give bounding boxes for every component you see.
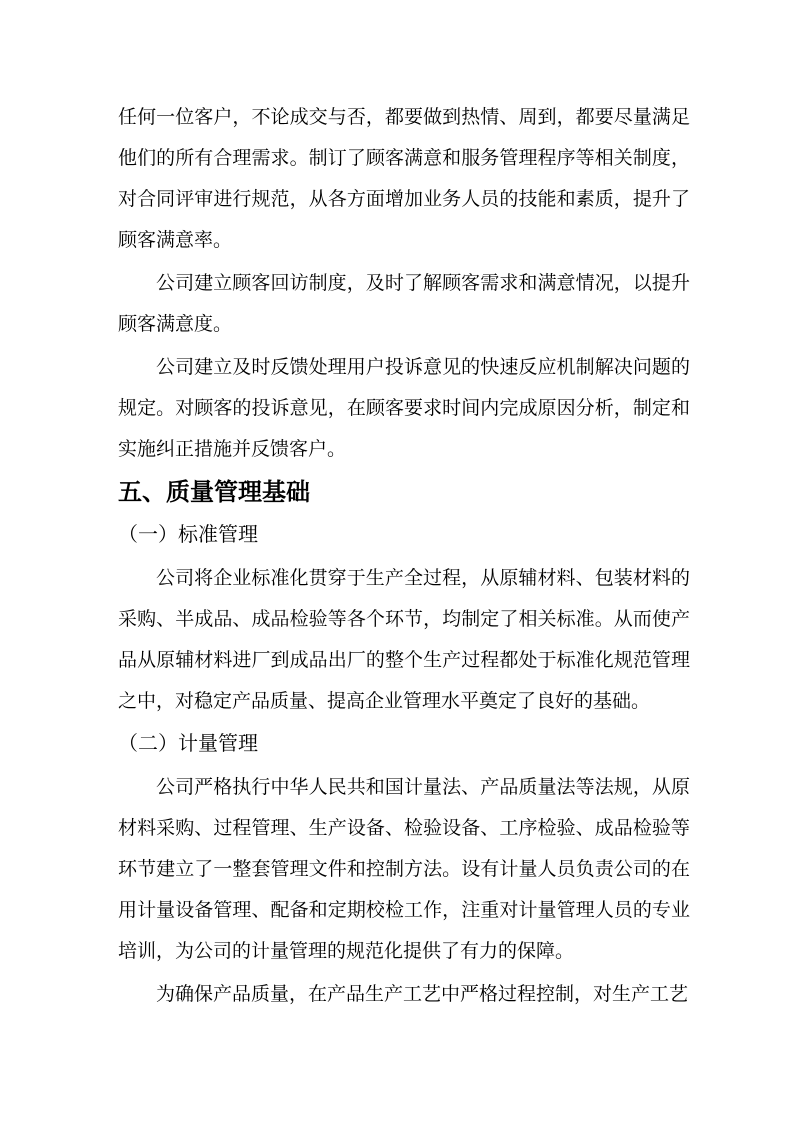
subsection-heading-standard-management: （一）标准管理 [118, 515, 690, 556]
paragraph-standardization: 公司将企业标准化贯穿于生产全过程，从原辅材料、包装材料的采购、半成品、成品检验等… [118, 558, 690, 722]
paragraph-customer-service-continuation: 任何一位客户，不论成交与否，都要做到热情、周到，都要尽量满足他们的所有合理需求。… [118, 97, 690, 261]
section-heading-quality-management-basis: 五、质量管理基础 [118, 473, 690, 514]
paragraph-process-control-continued: 为确保产品质量，在产品生产工艺中严格过程控制，对生产工艺 [118, 974, 690, 1015]
document-page: 任何一位客户，不论成交与否，都要做到热情、周到，都要尽量满足他们的所有合理需求。… [0, 0, 800, 1131]
paragraph-complaint-feedback: 公司建立及时反馈处理用户投诉意见的快速反应机制解决问题的规定。对顾客的投诉意见，… [118, 347, 690, 470]
paragraph-customer-return-visit: 公司建立顾客回访制度，及时了解顾客需求和满意情况，以提升顾客满意度。 [118, 263, 690, 345]
page-content: 任何一位客户，不论成交与否，都要做到热情、周到，都要尽量满足他们的所有合理需求。… [118, 97, 690, 1017]
paragraph-metrology: 公司严格执行中华人民共和国计量法、产品质量法等法规，从原材料采购、过程管理、生产… [118, 767, 690, 972]
subsection-heading-metrology-management: （二）计量管理 [118, 724, 690, 765]
